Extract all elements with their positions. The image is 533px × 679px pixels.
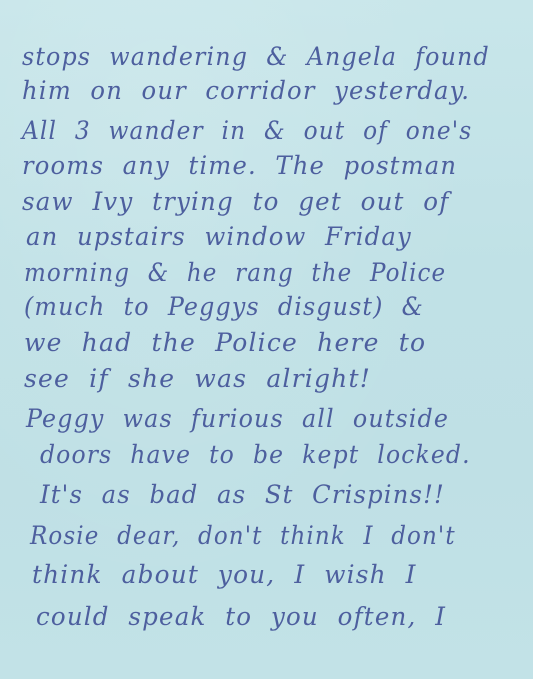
letter-line-2: him on our corridor yesterday. (22, 76, 470, 106)
letter-line-12: doors have to be kept locked. (40, 440, 471, 470)
letter-line-9: we had the Police here to (24, 328, 426, 358)
letter-line-14: Rosie dear, don't think I don't (30, 521, 456, 551)
letter-line-3: All 3 wander in & out of one's (22, 116, 472, 146)
letter-line-4: rooms any time. The postman (22, 151, 457, 181)
letter-line-11: Peggy was furious all outside (26, 404, 449, 434)
letter-line-8: (much to Peggys disgust) & (24, 292, 424, 322)
letter-line-13: It's as bad as St Crispins!! (40, 480, 445, 510)
letter-line-1: stops wandering & Angela found (22, 42, 490, 72)
letter-line-6: an upstairs window Friday (26, 222, 412, 252)
letter-line-15: think about you, I wish I (32, 560, 417, 590)
letter-page: stops wandering & Angela found him on ou… (0, 0, 533, 679)
letter-line-5: saw Ivy trying to get out of (22, 187, 449, 217)
letter-line-10: see if she was alright! (24, 364, 371, 394)
letter-line-16: could speak to you often, I (36, 602, 446, 632)
letter-line-7: morning & he rang the Police (24, 258, 446, 288)
